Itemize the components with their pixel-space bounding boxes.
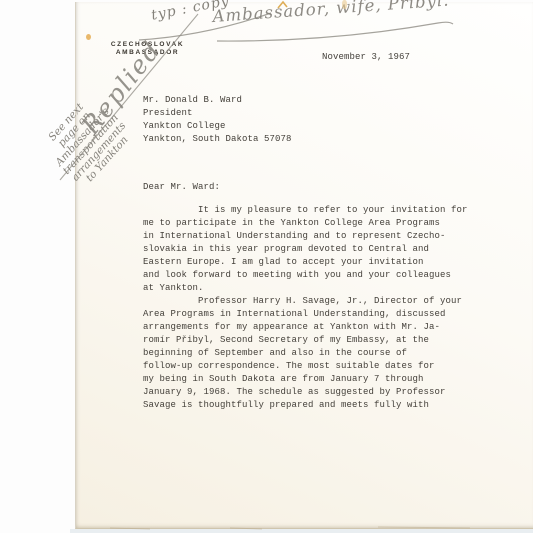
orange-stain-dot <box>86 34 91 40</box>
body-paragraph-2: Professor Harry H. Savage, Jr., Director… <box>143 295 462 412</box>
scanner-background-strip <box>70 529 533 533</box>
scanned-letter: CZECHOSLOVAK AMBASSADOR November 3, 1967… <box>0 0 533 533</box>
orange-stain-smudge <box>342 0 347 9</box>
recipient-address: Mr. Donald B. Ward President Yankton Col… <box>143 94 292 146</box>
date-line: November 3, 1967 <box>322 51 410 64</box>
body-paragraph-1: It is my pleasure to refer to your invit… <box>143 204 468 295</box>
salutation: Dear Mr. Ward: <box>143 181 220 194</box>
